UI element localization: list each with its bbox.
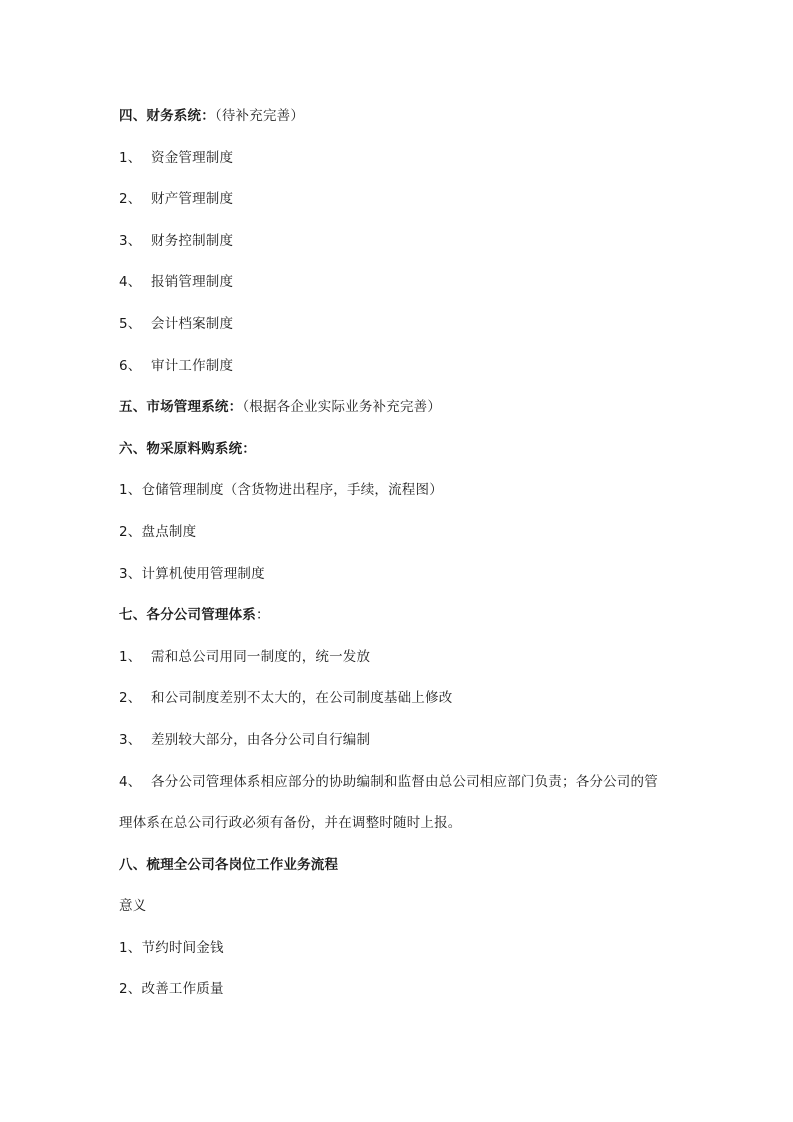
item-text: 改善工作质量 — [142, 981, 224, 997]
item-text: 盘点制度 — [142, 524, 197, 540]
document-page: 四、财务系统：（待补充完善） 1、资金管理制度 2、财产管理制度 3、财务控制制… — [119, 106, 699, 1021]
heading-bold: 四、财务系统： — [119, 108, 215, 124]
section-heading-workflow: 八、梳理全公司各岗位工作业务流程 — [119, 855, 699, 897]
list-item: 3、差别较大部分，由各分公司自行编制 — [119, 730, 699, 772]
heading-note: （根据各企业实际业务补充完善） — [242, 399, 441, 415]
item-text: 仓储管理制度（含货物进出程序，手续，流程图） — [142, 482, 443, 498]
item-number: 3、 — [119, 564, 142, 584]
item-text: 财产管理制度 — [151, 191, 233, 207]
item-text: 会计档案制度 — [151, 316, 233, 332]
section-heading-procurement: 六、物采原料购系统： — [119, 439, 699, 481]
item-text: 报销管理制度 — [151, 274, 233, 290]
list-item: 4、各分公司管理体系相应部分的协助编制和监督由总公司相应部门负责；各分公司的管 — [119, 772, 699, 814]
item-number: 2、 — [119, 979, 142, 999]
list-item: 1、资金管理制度 — [119, 148, 699, 190]
item-number: 3、 — [119, 730, 151, 750]
list-item: 2、改善工作质量 — [119, 979, 699, 1021]
subheading-text: 意义 — [119, 898, 146, 914]
item-text: 节约时间金钱 — [142, 940, 224, 956]
item-text: 差别较大部分，由各分公司自行编制 — [151, 732, 370, 748]
list-item: 6、审计工作制度 — [119, 356, 699, 398]
item-number: 4、 — [119, 772, 151, 792]
list-item: 2、财产管理制度 — [119, 189, 699, 231]
section-heading-branches: 七、各分公司管理体系： — [119, 605, 699, 647]
item-number: 2、 — [119, 522, 142, 542]
section-heading-marketing: 五、市场管理系统：（根据各企业实际业务补充完善） — [119, 397, 699, 439]
item-number: 4、 — [119, 272, 151, 292]
list-item: 2、和公司制度差别不太大的，在公司制度基础上修改 — [119, 688, 699, 730]
item-number: 1、 — [119, 647, 151, 667]
item-text: 各分公司管理体系相应部分的协助编制和监督由总公司相应部门负责；各分公司的管 — [151, 774, 658, 790]
subheading-meaning: 意义 — [119, 896, 699, 938]
paragraph-continuation: 理体系在总公司行政必须有备份，并在调整时随时上报。 — [119, 813, 699, 855]
heading-note: （待补充完善） — [215, 108, 304, 124]
item-number: 1、 — [119, 938, 142, 958]
list-item: 4、报销管理制度 — [119, 272, 699, 314]
item-number: 6、 — [119, 356, 151, 376]
item-text: 和公司制度差别不太大的，在公司制度基础上修改 — [151, 690, 452, 706]
list-item: 5、会计档案制度 — [119, 314, 699, 356]
item-number: 1、 — [119, 480, 142, 500]
list-item: 2、盘点制度 — [119, 522, 699, 564]
section-heading-finance: 四、财务系统：（待补充完善） — [119, 106, 699, 148]
list-item: 1、节约时间金钱 — [119, 938, 699, 980]
heading-bold: 八、梳理全公司各岗位工作业务流程 — [119, 857, 338, 873]
item-text: 需和总公司用同一制度的，统一发放 — [151, 649, 370, 665]
list-item: 1、仓储管理制度（含货物进出程序，手续，流程图） — [119, 480, 699, 522]
item-number: 5、 — [119, 314, 151, 334]
item-text: 财务控制制度 — [151, 233, 233, 249]
list-item: 3、计算机使用管理制度 — [119, 564, 699, 606]
item-text: 资金管理制度 — [151, 150, 233, 166]
continuation-text: 理体系在总公司行政必须有备份，并在调整时随时上报。 — [119, 815, 462, 831]
item-text: 计算机使用管理制度 — [142, 566, 265, 582]
item-number: 2、 — [119, 688, 151, 708]
item-number: 2、 — [119, 189, 151, 209]
item-number: 1、 — [119, 148, 151, 168]
item-text: 审计工作制度 — [151, 358, 233, 374]
list-item: 1、需和总公司用同一制度的，统一发放 — [119, 647, 699, 689]
heading-bold: 六、物采原料购系统： — [119, 441, 256, 457]
heading-bold: 七、各分公司管理体系 — [119, 607, 256, 623]
heading-note: ： — [256, 607, 270, 623]
list-item: 3、财务控制制度 — [119, 231, 699, 273]
heading-bold: 五、市场管理系统： — [119, 399, 242, 415]
item-number: 3、 — [119, 231, 151, 251]
